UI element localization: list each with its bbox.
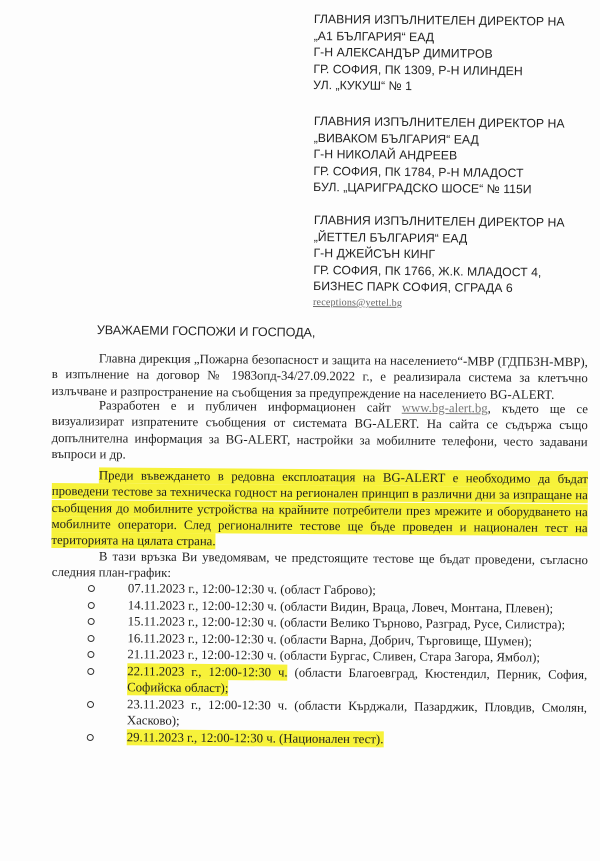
paragraph-schedule-intro: В тази връзка Ви уведомявам, че предстоя… bbox=[52, 548, 588, 585]
test-schedule-list: 07.11.2023 г., 12:00-12:30 ч. (област Га… bbox=[87, 580, 588, 749]
recipient-a1: ГЛАВНИЯ ИЗПЪЛНИТЕЛЕН ДИРЕКТОР НА „А1 БЪЛ… bbox=[313, 11, 565, 97]
paragraph-text: Преди въвеждането в редовна експлоатация… bbox=[51, 467, 588, 553]
schedule-datetime: 15.11.2023 г., 12:00-12:30 ч. bbox=[128, 615, 277, 630]
schedule-datetime: 14.11.2023 г., 12:00-12:30 ч. bbox=[128, 598, 277, 613]
salutation: УВАЖАЕМИ ГОСПОЖИ И ГОСПОДА, bbox=[97, 323, 316, 340]
schedule-areas-tail: Софийска област); bbox=[127, 679, 228, 696]
recipient-yettel: ГЛАВНИЯ ИЗПЪЛНИТЕЛЕН ДИРЕКТОР НА „ЙЕТТЕЛ… bbox=[313, 212, 565, 314]
schedule-datetime: 29.11.2023 г., 12:00-12:30 ч. bbox=[127, 730, 276, 745]
hollow-circle-bullet-icon bbox=[87, 651, 94, 658]
schedule-areas: (области Видин, Враца, Ловеч, Монтана, П… bbox=[277, 599, 553, 615]
hollow-circle-bullet-icon bbox=[87, 668, 94, 675]
hollow-circle-bullet-icon bbox=[87, 734, 94, 741]
website-link[interactable]: www.bg-alert.bg bbox=[402, 401, 488, 416]
recipient-line: ГЛАВНИЯ ИЗПЪЛНИТЕЛЕН ДИРЕКТОР НА bbox=[314, 212, 565, 231]
schedule-item-highlighted: 22.11.2023 г., 12:00-12:30 ч. (области Б… bbox=[87, 663, 587, 699]
recipient-vivacom: ГЛАВНИЯ ИЗПЪЛНИТЕЛЕН ДИРЕКТОР НА „ВИВАКО… bbox=[313, 113, 565, 199]
schedule-item-highlighted: 29.11.2023 г., 12:00-12:30 ч. (Национале… bbox=[87, 729, 587, 749]
paragraph-intro: Главна дирекция „Пожарна безопасност и з… bbox=[52, 350, 588, 403]
schedule-datetime: 23.11.2023 г., 12:00-12:30 ч. bbox=[127, 697, 287, 712]
paragraph-testing-highlighted: Преди въвеждането в редовна експлоатация… bbox=[51, 467, 588, 553]
recipient-line: БУЛ. „ЦАРИГРАДСКО ШОСЕ“ № 115И bbox=[313, 179, 564, 198]
schedule-full-highlight: 29.11.2023 г., 12:00-12:30 ч. (Национале… bbox=[127, 729, 384, 747]
schedule-areas: (области Благоевград, Кюстендил, Перник,… bbox=[288, 666, 588, 682]
hollow-circle-bullet-icon bbox=[88, 585, 95, 592]
hollow-circle-bullet-icon bbox=[88, 618, 95, 625]
recipient-line: ГЛАВНИЯ ИЗПЪЛНИТЕЛЕН ДИРЕКТОР НА bbox=[314, 11, 565, 30]
schedule-areas: (области Варна, Добрич, Търговище, Шумен… bbox=[277, 632, 532, 648]
recipient-line: УЛ. „КУКУШ“ № 1 bbox=[313, 77, 564, 96]
scanned-letter-page: ГЛАВНИЯ ИЗПЪЛНИТЕЛЕН ДИРЕКТОР НА „А1 БЪЛ… bbox=[0, 0, 600, 861]
paragraph-website: Разработен е и публичен информационен са… bbox=[51, 397, 587, 466]
hollow-circle-bullet-icon bbox=[88, 602, 95, 609]
paragraph-text: В тази връзка Ви уведомявам, че предстоя… bbox=[52, 548, 588, 585]
schedule-areas: (области Велико Търново, Разград, Русе, … bbox=[277, 616, 565, 632]
schedule-datetime: 07.11.2023 г., 12:00-12:30 ч. bbox=[128, 581, 277, 596]
recipient-line: ГЛАВНИЯ ИЗПЪЛНИТЕЛЕН ДИРЕКТОР НА bbox=[314, 113, 565, 132]
highlighted-text: Преди въвеждането в редовна експлоатация… bbox=[51, 467, 588, 549]
schedule-areas: (Национален тест). bbox=[276, 731, 384, 746]
schedule-datetime: 21.11.2023 г., 12:00-12:30 ч. bbox=[127, 648, 276, 663]
schedule-areas: (област Габрово); bbox=[277, 582, 376, 597]
schedule-item: 23.11.2023 г., 12:00-12:30 ч. (области К… bbox=[87, 696, 587, 732]
paragraph-text: Главна дирекция „Пожарна безопасност и з… bbox=[52, 350, 588, 403]
recipient-email-link[interactable]: receptions@yettel.bg bbox=[313, 295, 564, 314]
paragraph-text-before: Разработен е и публичен информационен са… bbox=[99, 398, 402, 414]
hollow-circle-bullet-icon bbox=[88, 635, 95, 642]
hollow-circle-bullet-icon bbox=[87, 701, 94, 708]
paragraph-text: Разработен е и публичен информационен са… bbox=[51, 397, 587, 466]
schedule-datetime: 22.11.2023 г., 12:00-12:30 ч. bbox=[127, 663, 287, 680]
schedule-areas: (области Бургас, Сливен, Стара Загора, Я… bbox=[276, 649, 540, 665]
schedule-datetime: 16.11.2023 г., 12:00-12:30 ч. bbox=[127, 631, 276, 646]
